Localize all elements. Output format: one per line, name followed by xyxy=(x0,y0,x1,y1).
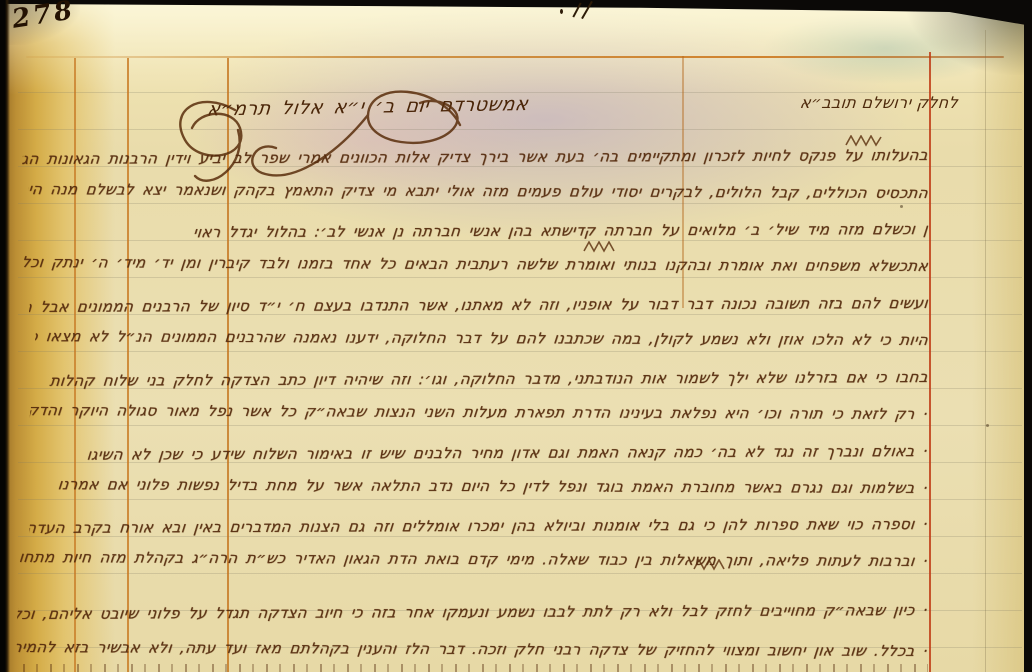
manuscript-line: · רק לזאת כי תורה וכו׳ היא נפלאת בעינינו… xyxy=(29,400,929,425)
stray-ink-stroke xyxy=(572,2,581,17)
manuscript-line: · בשלמות וגם נגרם באשר מחוברת האמת בוגד … xyxy=(39,474,929,499)
page-number: 278 xyxy=(10,0,77,35)
right-margin-red-rule xyxy=(929,52,931,672)
cutoff-line-ink-tips xyxy=(23,664,928,672)
paper-crease xyxy=(985,30,986,672)
corner-note: לחלק ירושלם תובב״א xyxy=(747,93,959,113)
manuscript-line: · וספרה כוי שאת ספרות להן כי גם בלי אומנ… xyxy=(28,514,929,539)
manuscript-line: היות כי לא הלכו אוזן ולא נשמע לקולן, במה… xyxy=(34,326,929,351)
top-right-shadow xyxy=(906,0,1026,75)
paper-right-shade xyxy=(972,0,1032,672)
manuscript-line: בחבו כי אם בזרלנו שלא ילך לשמור אות הנוד… xyxy=(23,367,929,392)
manuscript-line: · באולם ונברך זה נגד לא בה׳ כמה קנאה האמ… xyxy=(58,441,929,466)
manuscript-line: התכסיס הכוללים, קבל הלולים, לבקרים יסודי… xyxy=(27,179,929,204)
stray-ink-dot xyxy=(560,9,563,14)
ink-speck xyxy=(986,424,989,427)
manuscript-line: ן וכשלם מזה מיד שיל׳ ב׳ מלואים על חברתה … xyxy=(184,219,929,243)
scan-border-right xyxy=(1024,0,1032,672)
scan-border-left xyxy=(0,0,10,672)
manuscript-line: בהעלותו על פנקס לחיות לזכרון ומתקיימים ב… xyxy=(21,145,929,170)
ink-speck xyxy=(900,205,903,208)
date-heading: אמשטרדם יום ב׳ י״א אלול תרמ״א xyxy=(181,92,530,122)
scan-border-top xyxy=(0,0,1032,26)
manuscript-line: · בכלל. שוב און יחשוב ומצווי להחזיק של צ… xyxy=(15,637,929,662)
manuscript-line: · וברבות לעתות פליאה, ותוך משאלות בין כב… xyxy=(19,547,929,572)
manuscript-page: 278 לחלק ירושלם תובב״א אמשטרדם יום ב׳ י״… xyxy=(0,0,1032,672)
stray-ink-stroke xyxy=(581,1,593,19)
paper-top-glow xyxy=(0,0,1032,95)
crown-flourish-icon xyxy=(583,241,619,253)
manuscript-line: · כיון שבאה״ק מחוייבים לחזק לבל ולא רק ל… xyxy=(16,600,929,625)
top-orange-rule xyxy=(26,56,1004,58)
manuscript-line: אתכשלא משפחים ואת אומרת ובהקנו בנותי ואו… xyxy=(22,252,929,277)
manuscript-line: ועשים להם בזה תשובה נכונה דבר דבור על או… xyxy=(28,293,929,318)
